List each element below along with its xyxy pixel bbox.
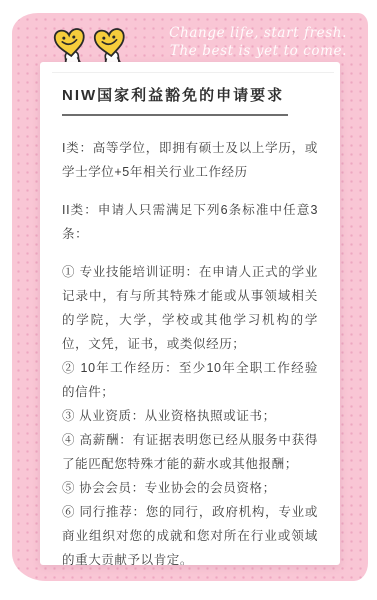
paragraph: ⑤ 协会会员：专业协会的会员资格； — [62, 476, 318, 500]
niw-info-card-page: { "colors": { "panel_pink": "#f9c6d5", "… — [0, 0, 377, 600]
paragraph: II类：申请人只需满足下列6条标准中任意3条： — [62, 198, 318, 246]
quote-line-2: The best is yet to come. — [169, 42, 347, 60]
quote-line-1: Change life, start fresh. — [169, 24, 347, 42]
content-card: NIW国家利益豁免的申请要求 I类：高等学位，即拥有硕士及以上学历，或学士学位+… — [40, 62, 340, 565]
paragraph: ④ 高薪酬：有证据表明您已经从服务中获得了能匹配您特殊才能的薪水或其他报酬； — [62, 428, 318, 476]
criteria-list: ① 专业技能培训证明：在申请人正式的学业记录中，有与所其特殊才能或从事领域相关的… — [62, 260, 318, 565]
paragraph: ① 专业技能培训证明：在申请人正式的学业记录中，有与所其特殊才能或从事领域相关的… — [62, 260, 318, 356]
paragraph: I类：高等学位，即拥有硕士及以上学历，或学士学位+5年相关行业工作经历 — [62, 136, 318, 184]
paragraph: ③ 从业资质：从业资格执照或证书； — [62, 404, 318, 428]
card-top-divider — [52, 72, 334, 73]
body-text: I类：高等学位，即拥有硕士及以上学历，或学士学位+5年相关行业工作经历II类：申… — [62, 136, 318, 565]
title-wrap: NIW国家利益豁免的申请要求 — [62, 84, 318, 116]
paragraph: ② 10年工作经历：至少10年全职工作经验的信件； — [62, 356, 318, 404]
header-quote: Change life, start fresh. The best is ye… — [169, 24, 347, 60]
paragraph: ⑥ 同行推荐：您的同行，政府机构，专业或商业组织对您的成就和您对所在行业或领域的… — [62, 500, 318, 565]
page-title: NIW国家利益豁免的申请要求 — [62, 84, 288, 116]
intro-paragraphs: I类：高等学位，即拥有硕士及以上学历，或学士学位+5年相关行业工作经历II类：申… — [62, 136, 318, 246]
